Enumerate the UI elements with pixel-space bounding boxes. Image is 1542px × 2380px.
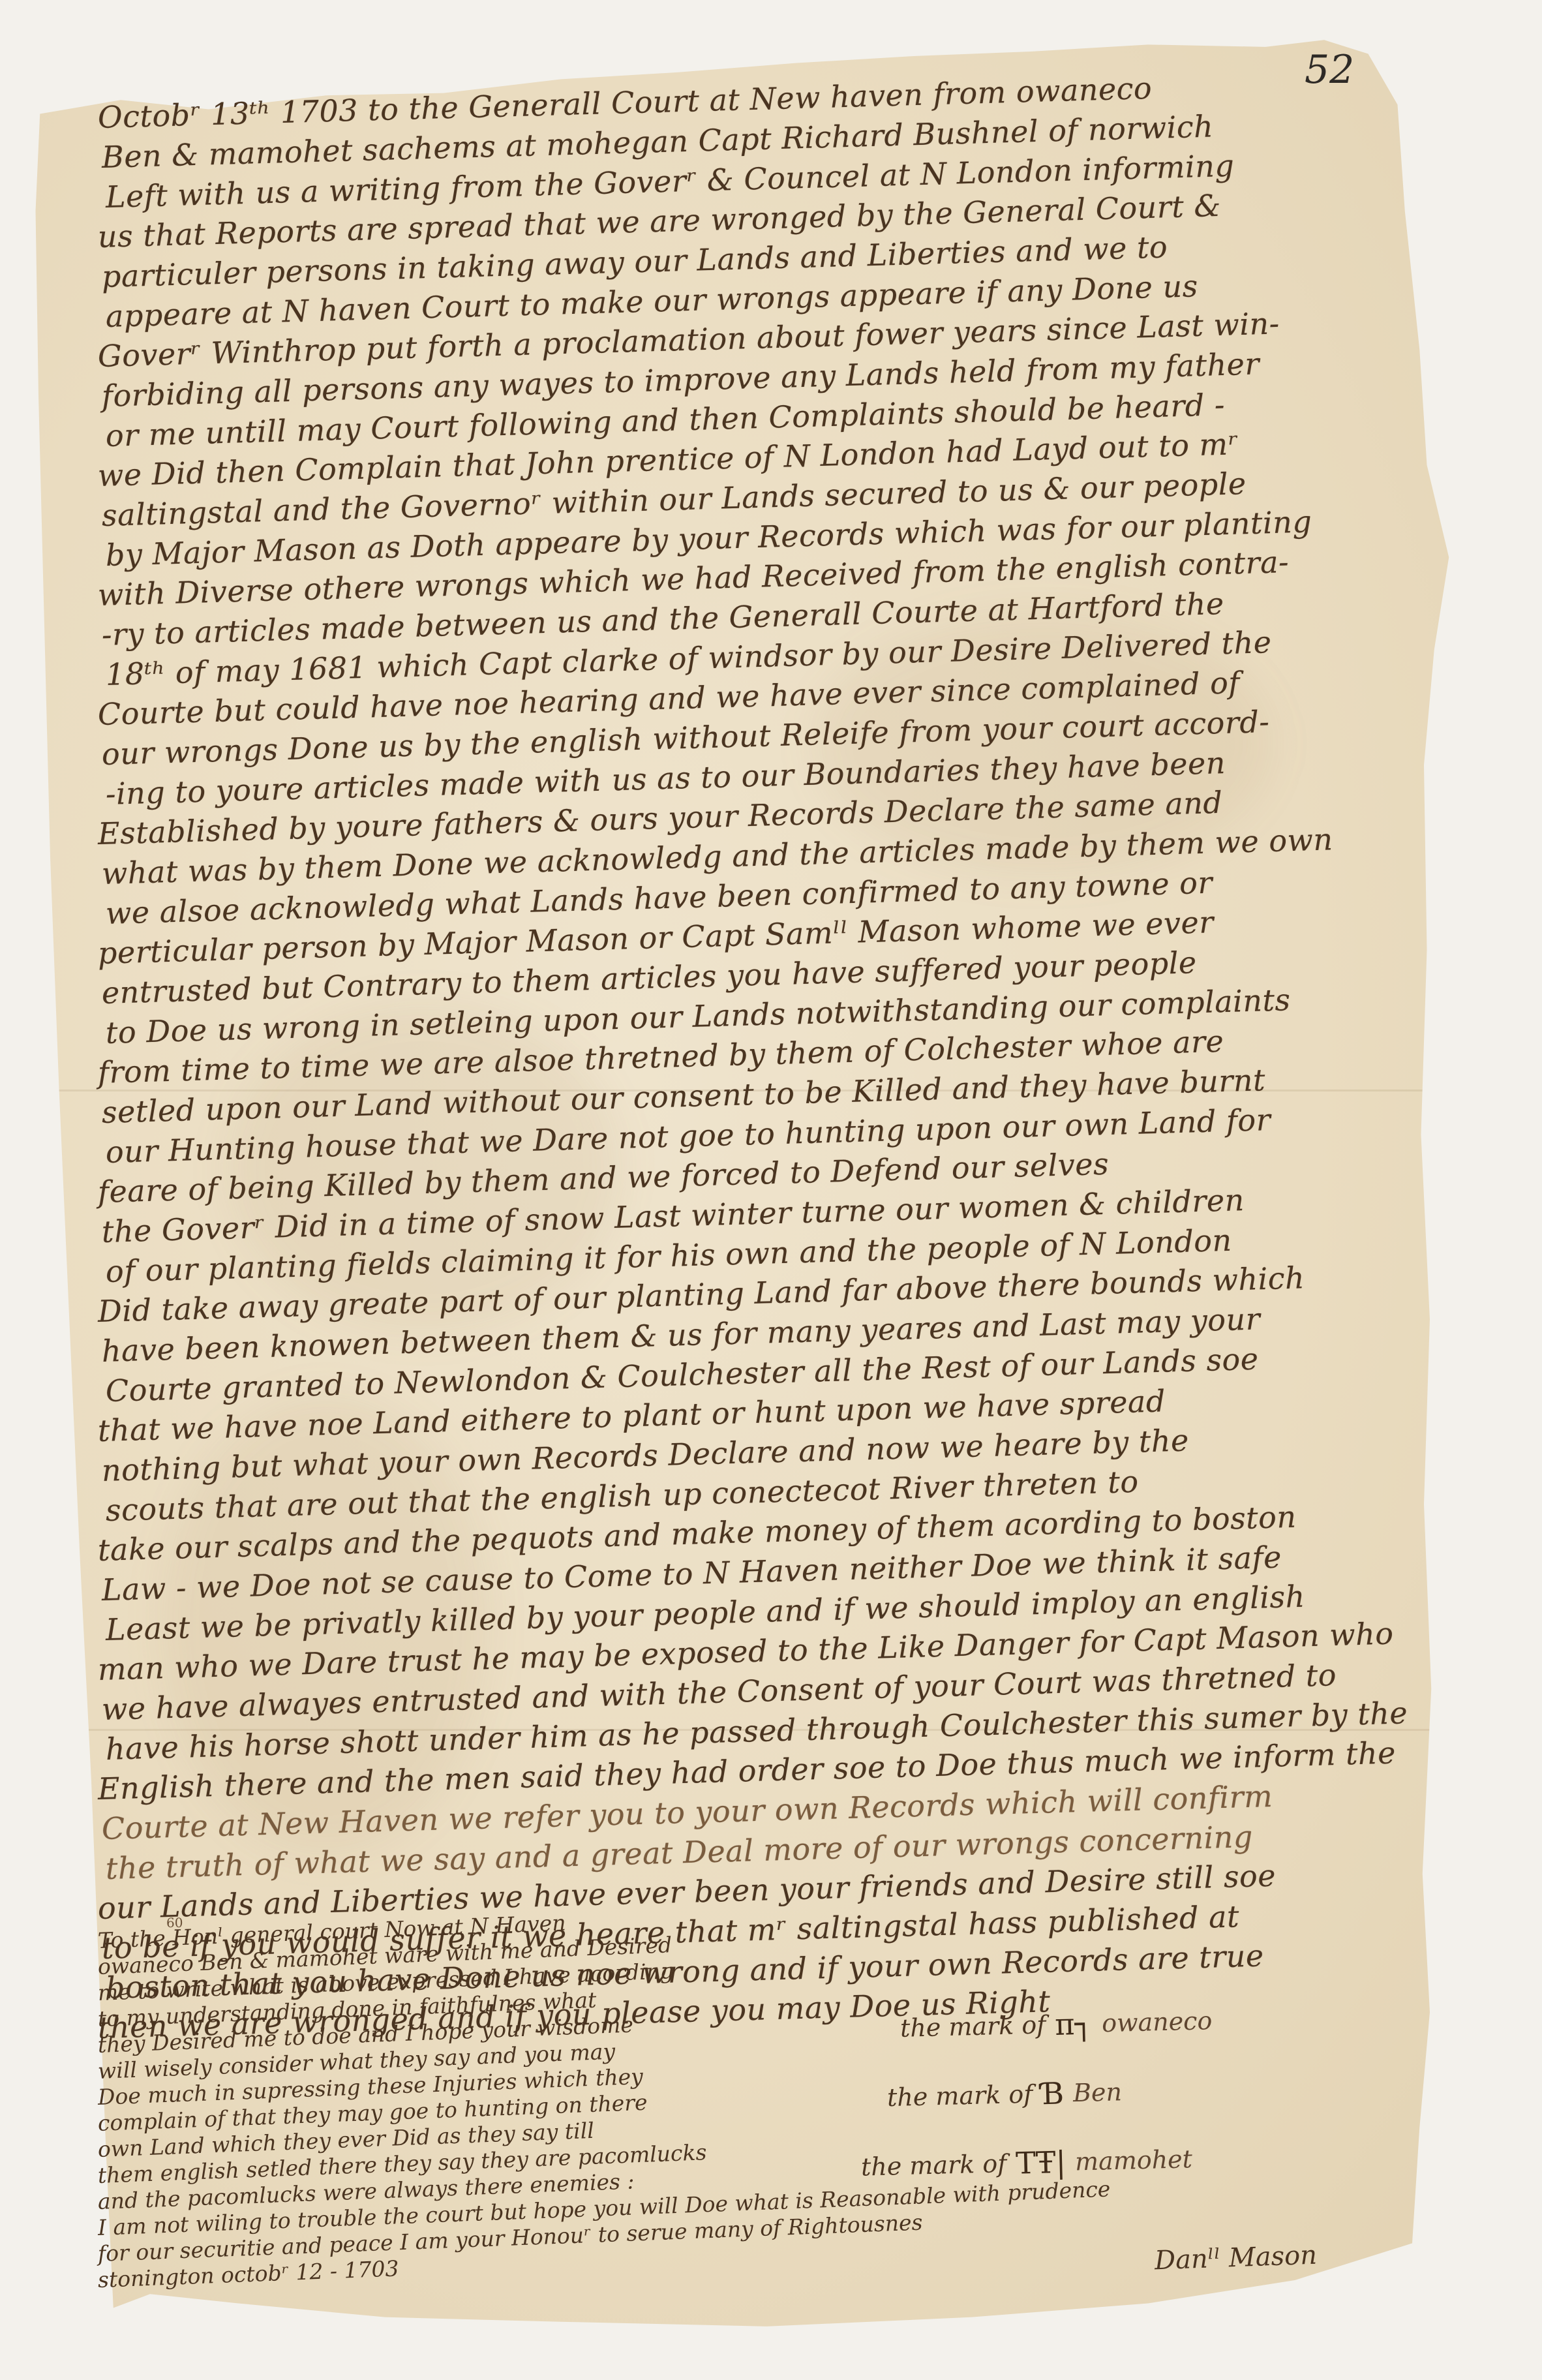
signature-mark-mamohet: the mark ofΤŦ|mamohet bbox=[860, 2124, 1213, 2201]
mark-prefix: the mark of bbox=[900, 2010, 1046, 2042]
signer-name: Danˡˡ Mason bbox=[1154, 2242, 1317, 2275]
mark-name: Ben bbox=[1072, 2077, 1122, 2107]
signature-mark-owaneco: the mark ofπ┐owaneco bbox=[899, 1986, 1213, 2063]
signature-mark-ben: the mark ofƁBen bbox=[886, 2055, 1213, 2132]
letter-body: Octobʳ 13ᵗʰ 1703 to the Generall Court a… bbox=[98, 98, 1435, 2048]
signature-marks: the mark ofπ┐owanecothe mark ofƁBenthe m… bbox=[900, 1990, 1212, 2197]
mark-name: mamohet bbox=[1075, 2144, 1193, 2176]
totem-mark-icon: π┐ bbox=[1055, 2006, 1093, 2042]
mark-name: owaneco bbox=[1102, 2006, 1213, 2037]
totem-mark-icon: Ɓ bbox=[1042, 2075, 1065, 2111]
signer-block: Danˡˡ Mason bbox=[789, 2244, 1317, 2272]
attestation-block: To the Honˡ general court Now at N Haven… bbox=[98, 1928, 913, 2293]
mark-prefix: the mark of bbox=[887, 2080, 1033, 2112]
totem-mark-icon: ΤŦ| bbox=[1016, 2144, 1066, 2181]
mark-prefix: the mark of bbox=[861, 2149, 1007, 2181]
